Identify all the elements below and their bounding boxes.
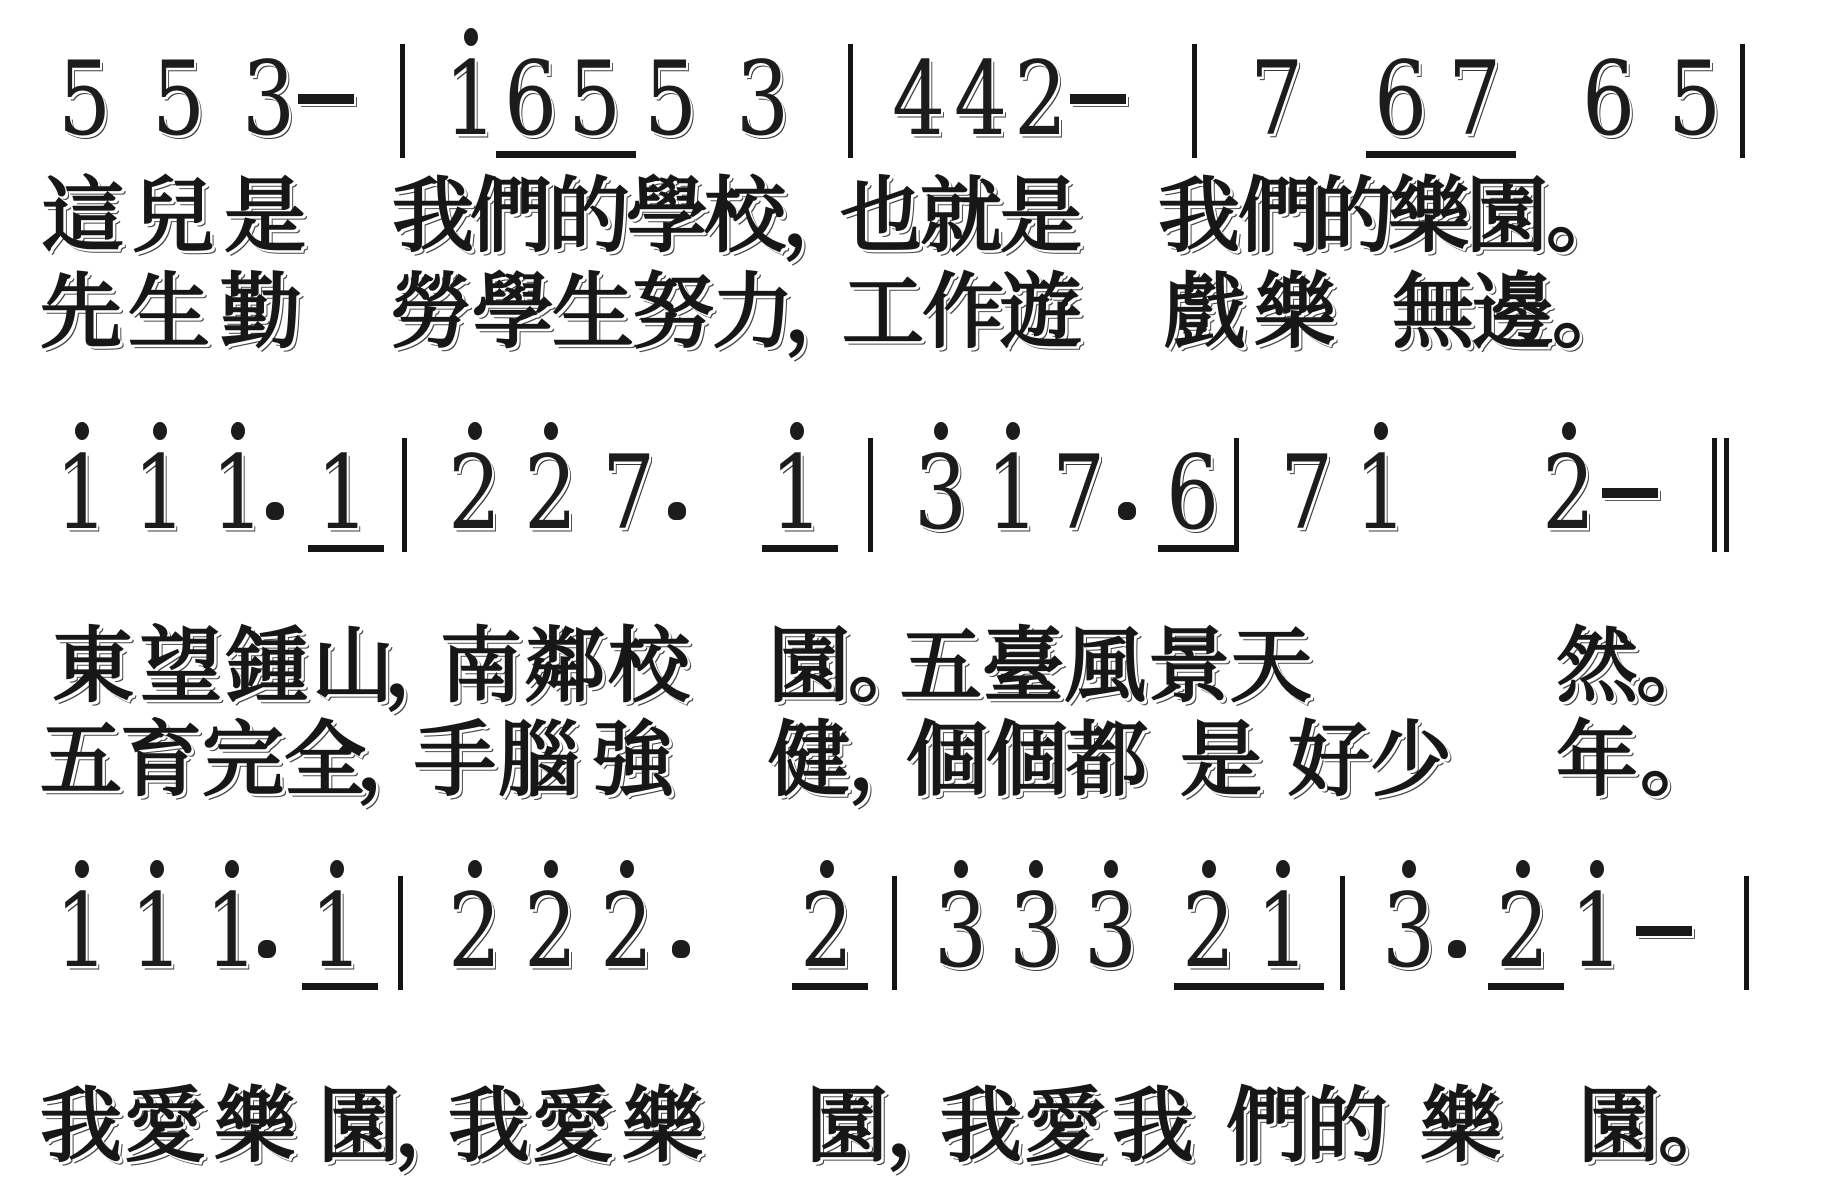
note-7: 7 bbox=[1250, 58, 1315, 144]
lyric-char: 遊 bbox=[1000, 268, 1082, 356]
lyric-char: 也 bbox=[840, 172, 922, 260]
lyric-char: 臺 bbox=[982, 622, 1064, 710]
note-2-high: 2 bbox=[600, 890, 665, 976]
note-3-high: 3 bbox=[934, 890, 999, 976]
lyric-char: 我 bbox=[940, 1082, 1022, 1170]
lyric-char: 校 bbox=[704, 172, 786, 260]
note-4: 4 bbox=[954, 58, 1019, 144]
lyric-char: 的 bbox=[548, 172, 630, 260]
note-2-high: 2 bbox=[524, 890, 589, 976]
note-5: 5 bbox=[644, 58, 709, 144]
note-digit: 2 bbox=[1542, 452, 1595, 536]
lyric-char: 園 bbox=[1578, 1082, 1660, 1170]
lyric-char: 力 bbox=[712, 268, 794, 356]
note-digit: 2 bbox=[448, 890, 501, 974]
note-7: 7 bbox=[1280, 452, 1345, 538]
lyric-char: 強 bbox=[592, 716, 674, 804]
lyric-char: 五 bbox=[40, 716, 122, 804]
note-digit: 1 bbox=[444, 58, 497, 142]
note-digit: 1 bbox=[211, 452, 264, 536]
note-2-high: 2 bbox=[448, 890, 513, 976]
lyric-char: 樂 bbox=[1388, 172, 1470, 260]
note-digit: 5 bbox=[58, 58, 111, 142]
note-digit: 1 bbox=[55, 452, 108, 536]
lyric-char: 們 bbox=[1226, 1082, 1308, 1170]
note-3-high: 3 bbox=[1382, 890, 1447, 976]
lyric-char: 。 bbox=[1546, 172, 1628, 260]
lyric-char: 生 bbox=[552, 268, 634, 356]
lyric-char: 兒 bbox=[132, 172, 214, 260]
lyric-char: 樂 bbox=[1254, 268, 1336, 356]
note-digit: 1 bbox=[316, 452, 369, 536]
note-digit: 7 bbox=[1052, 452, 1105, 536]
lyric-char: 望 bbox=[140, 622, 222, 710]
lyric-char: 。 bbox=[1552, 268, 1634, 356]
augmentation-dot bbox=[1118, 502, 1136, 520]
note-3-high: 3 bbox=[1009, 890, 1074, 976]
note-1-high: 1 bbox=[444, 58, 509, 144]
lyric-char: 我 bbox=[1158, 172, 1240, 260]
note-digit: 3 bbox=[934, 890, 987, 974]
note-digit: 2 bbox=[1496, 890, 1549, 974]
note-4: 4 bbox=[892, 58, 957, 144]
note-digit: 3 bbox=[1382, 890, 1435, 974]
lyric-char: 風 bbox=[1064, 622, 1146, 710]
lyric-char: 這 bbox=[42, 172, 124, 260]
note-digit: 7 bbox=[602, 452, 655, 536]
note-digit: 3 bbox=[914, 452, 967, 536]
note-digit: 4 bbox=[892, 58, 945, 142]
lyric-char: 愛 bbox=[532, 1082, 614, 1170]
lyric-char: 我 bbox=[40, 1082, 122, 1170]
note-5: 5 bbox=[152, 58, 217, 144]
lyric-char: 健 bbox=[768, 716, 850, 804]
lyric-char: 先 bbox=[40, 268, 122, 356]
note-digit: 2 bbox=[448, 452, 501, 536]
lyric-char: 學 bbox=[626, 172, 708, 260]
barline bbox=[848, 44, 853, 158]
note-digit: 1 bbox=[310, 890, 363, 974]
lyric-char: 們 bbox=[1238, 172, 1320, 260]
note-1-high: 1 bbox=[986, 452, 1051, 538]
lyric-char: 個 bbox=[986, 716, 1068, 804]
eighth-note-underline bbox=[1158, 545, 1234, 552]
note-digit: 1 bbox=[133, 452, 186, 536]
note-7: 7 bbox=[1448, 58, 1513, 144]
note-digit: 1 bbox=[205, 890, 258, 974]
note-digit: 2 bbox=[524, 452, 577, 536]
note-2-high: 2 bbox=[1182, 890, 1247, 976]
note-2-high: 2 bbox=[800, 890, 865, 976]
lyric-char: 就 bbox=[920, 172, 1002, 260]
note-6: 6 bbox=[1374, 58, 1439, 144]
note-digit: 2 bbox=[800, 890, 853, 974]
lyric-char: 手 bbox=[414, 716, 496, 804]
note-digit: 7 bbox=[1250, 58, 1303, 142]
note-digit: 2 bbox=[524, 890, 577, 974]
barline bbox=[400, 44, 405, 158]
barline bbox=[1234, 438, 1239, 552]
note-digit: 2 bbox=[1182, 890, 1235, 974]
lyric-char: 山 bbox=[312, 622, 394, 710]
lyric-char: 。 bbox=[1658, 1082, 1740, 1170]
note-7: 7 bbox=[1052, 452, 1117, 538]
note-digit: 6 bbox=[1582, 58, 1635, 142]
note-1-high: 1 bbox=[130, 890, 195, 976]
note-2-high: 2 bbox=[524, 452, 589, 538]
note-6: 6 bbox=[504, 58, 569, 144]
lyric-char: 的 bbox=[1306, 1082, 1388, 1170]
barline bbox=[1340, 876, 1345, 990]
note-digit: 5 bbox=[152, 58, 205, 142]
duration-dash bbox=[1636, 926, 1692, 936]
note-digit: 7 bbox=[1280, 452, 1333, 536]
lyric-char: 努 bbox=[632, 268, 714, 356]
note-digit: 3 bbox=[1009, 890, 1062, 974]
barline bbox=[868, 438, 873, 552]
note-digit: 3 bbox=[736, 58, 789, 142]
lyric-char: 都 bbox=[1066, 716, 1148, 804]
augmentation-dot bbox=[1448, 940, 1466, 958]
lyric-char: 校 bbox=[608, 622, 690, 710]
lyric-char: 年 bbox=[1556, 716, 1638, 804]
note-6: 6 bbox=[1166, 452, 1231, 538]
lyric-char: 南 bbox=[440, 622, 522, 710]
note-6: 6 bbox=[1582, 58, 1647, 144]
note-1-high: 1 bbox=[133, 452, 198, 538]
note-digit: 6 bbox=[1166, 452, 1219, 536]
barline bbox=[1744, 876, 1749, 990]
lyric-char: 學 bbox=[472, 268, 554, 356]
lyric-char: 樂 bbox=[622, 1082, 704, 1170]
lyric-char: 生 bbox=[128, 268, 210, 356]
barline bbox=[1740, 44, 1745, 158]
note-digit: 5 bbox=[644, 58, 697, 142]
note-digit: 1 bbox=[1354, 452, 1407, 536]
note-digit: 5 bbox=[1668, 58, 1721, 142]
note-1-high: 1 bbox=[211, 452, 276, 538]
lyric-char: 樂 bbox=[1420, 1082, 1502, 1170]
lyric-char: 作 bbox=[922, 268, 1004, 356]
note-5: 5 bbox=[1668, 58, 1733, 144]
note-3: 3 bbox=[736, 58, 801, 144]
lyric-char: 東 bbox=[52, 622, 134, 710]
lyric-char: 無 bbox=[1392, 268, 1474, 356]
barline bbox=[1192, 44, 1197, 158]
barline bbox=[402, 438, 407, 552]
double-barline bbox=[1712, 438, 1730, 552]
eighth-note-underline bbox=[1174, 983, 1250, 990]
note-1-high: 1 bbox=[1256, 890, 1321, 976]
augmentation-dot bbox=[258, 940, 276, 958]
lyric-char: 。 bbox=[1640, 716, 1722, 804]
note-digit: 1 bbox=[1570, 890, 1623, 974]
note-digit: 4 bbox=[954, 58, 1007, 142]
note-digit: 6 bbox=[504, 58, 557, 142]
lyric-char: 的 bbox=[1312, 172, 1394, 260]
eighth-note-underline bbox=[1488, 983, 1564, 990]
lyric-char: 樂 bbox=[214, 1082, 296, 1170]
lyric-char: 勤 bbox=[220, 268, 302, 356]
lyric-char: 愛 bbox=[124, 1082, 206, 1170]
note-1-high: 1 bbox=[55, 890, 120, 976]
augmentation-dot bbox=[266, 502, 284, 520]
note-digit: 2 bbox=[1014, 58, 1067, 142]
note-digit: 1 bbox=[130, 890, 183, 974]
note-digit: 1 bbox=[986, 452, 1039, 536]
eighth-note-underline bbox=[762, 545, 838, 552]
note-digit: 1 bbox=[770, 452, 823, 536]
lyric-char: 育 bbox=[120, 716, 202, 804]
lyric-char: 少 bbox=[1370, 716, 1452, 804]
eighth-note-underline bbox=[302, 983, 378, 990]
lyric-char: 然 bbox=[1556, 622, 1638, 710]
eighth-note-underline bbox=[308, 545, 384, 552]
lyric-char: 景 bbox=[1148, 622, 1230, 710]
lyric-char: 我 bbox=[392, 172, 474, 260]
lyric-char: 鍾 bbox=[226, 622, 308, 710]
note-1-high: 1 bbox=[310, 890, 375, 976]
augmentation-dot bbox=[672, 940, 690, 958]
note-2-high: 2 bbox=[1496, 890, 1561, 976]
note-5: 5 bbox=[568, 58, 633, 144]
lyric-char: 天 bbox=[1230, 622, 1312, 710]
eighth-note-underline bbox=[1248, 983, 1324, 990]
note-2-high: 2 bbox=[448, 452, 513, 538]
note-3-high: 3 bbox=[1084, 890, 1149, 976]
barline bbox=[398, 876, 403, 990]
note-digit: 5 bbox=[568, 58, 621, 142]
note-1-high: 1 bbox=[770, 452, 835, 538]
lyric-char: 是 bbox=[1180, 716, 1262, 804]
note-digit: 1 bbox=[1256, 890, 1309, 974]
lyric-char: 五 bbox=[900, 622, 982, 710]
note-1-high: 1 bbox=[1570, 890, 1635, 976]
augmentation-dot bbox=[668, 502, 686, 520]
note-3-high: 3 bbox=[914, 452, 979, 538]
eighth-note-underline bbox=[792, 983, 868, 990]
eighth-note-underline bbox=[560, 151, 636, 158]
lyric-char: 是 bbox=[1000, 172, 1082, 260]
lyric-char: 個 bbox=[906, 716, 988, 804]
note-digit: 7 bbox=[1448, 58, 1501, 142]
lyric-char: 腦 bbox=[498, 716, 580, 804]
lyric-char: 我 bbox=[448, 1082, 530, 1170]
note-1: 1 bbox=[316, 452, 381, 538]
note-digit: 6 bbox=[1374, 58, 1427, 142]
lyric-char: 鄰 bbox=[524, 622, 606, 710]
lyric-char: 愛 bbox=[1024, 1082, 1106, 1170]
duration-dash bbox=[1070, 94, 1126, 104]
lyric-char: 邊 bbox=[1472, 268, 1554, 356]
duration-dash bbox=[298, 94, 354, 104]
note-digit: 2 bbox=[600, 890, 653, 974]
note-2-high: 2 bbox=[1542, 452, 1607, 538]
eighth-note-underline bbox=[1440, 151, 1516, 158]
lyric-char: 園 bbox=[806, 1082, 888, 1170]
eighth-note-underline bbox=[1366, 151, 1442, 158]
note-7: 7 bbox=[602, 452, 667, 538]
note-digit: 3 bbox=[242, 58, 295, 142]
lyric-char: 工 bbox=[842, 268, 924, 356]
jianpu-score-sheet: 5531655344276765這兒是我們的學校，也就是我們的樂園。先生勤勞學生… bbox=[0, 0, 1826, 1189]
note-1-high: 1 bbox=[55, 452, 120, 538]
barline bbox=[892, 876, 897, 990]
lyric-char: 。 bbox=[1636, 622, 1718, 710]
lyric-char: 好 bbox=[1288, 716, 1370, 804]
lyric-char: 勞 bbox=[390, 268, 472, 356]
lyric-char: 園 bbox=[1466, 172, 1548, 260]
lyric-char: 全 bbox=[284, 716, 366, 804]
lyric-char: 我 bbox=[1112, 1082, 1194, 1170]
lyric-char: 完 bbox=[202, 716, 284, 804]
lyric-char: 戲 bbox=[1164, 268, 1246, 356]
lyric-char: 們 bbox=[470, 172, 552, 260]
note-1-high: 1 bbox=[1354, 452, 1419, 538]
note-digit: 3 bbox=[1084, 890, 1137, 974]
note-1-high: 1 bbox=[205, 890, 270, 976]
note-5: 5 bbox=[58, 58, 123, 144]
lyric-char: 是 bbox=[224, 172, 306, 260]
lyric-char: 園 bbox=[768, 622, 850, 710]
lyric-char: 園 bbox=[318, 1082, 400, 1170]
note-digit: 1 bbox=[55, 890, 108, 974]
duration-dash bbox=[1602, 488, 1658, 498]
